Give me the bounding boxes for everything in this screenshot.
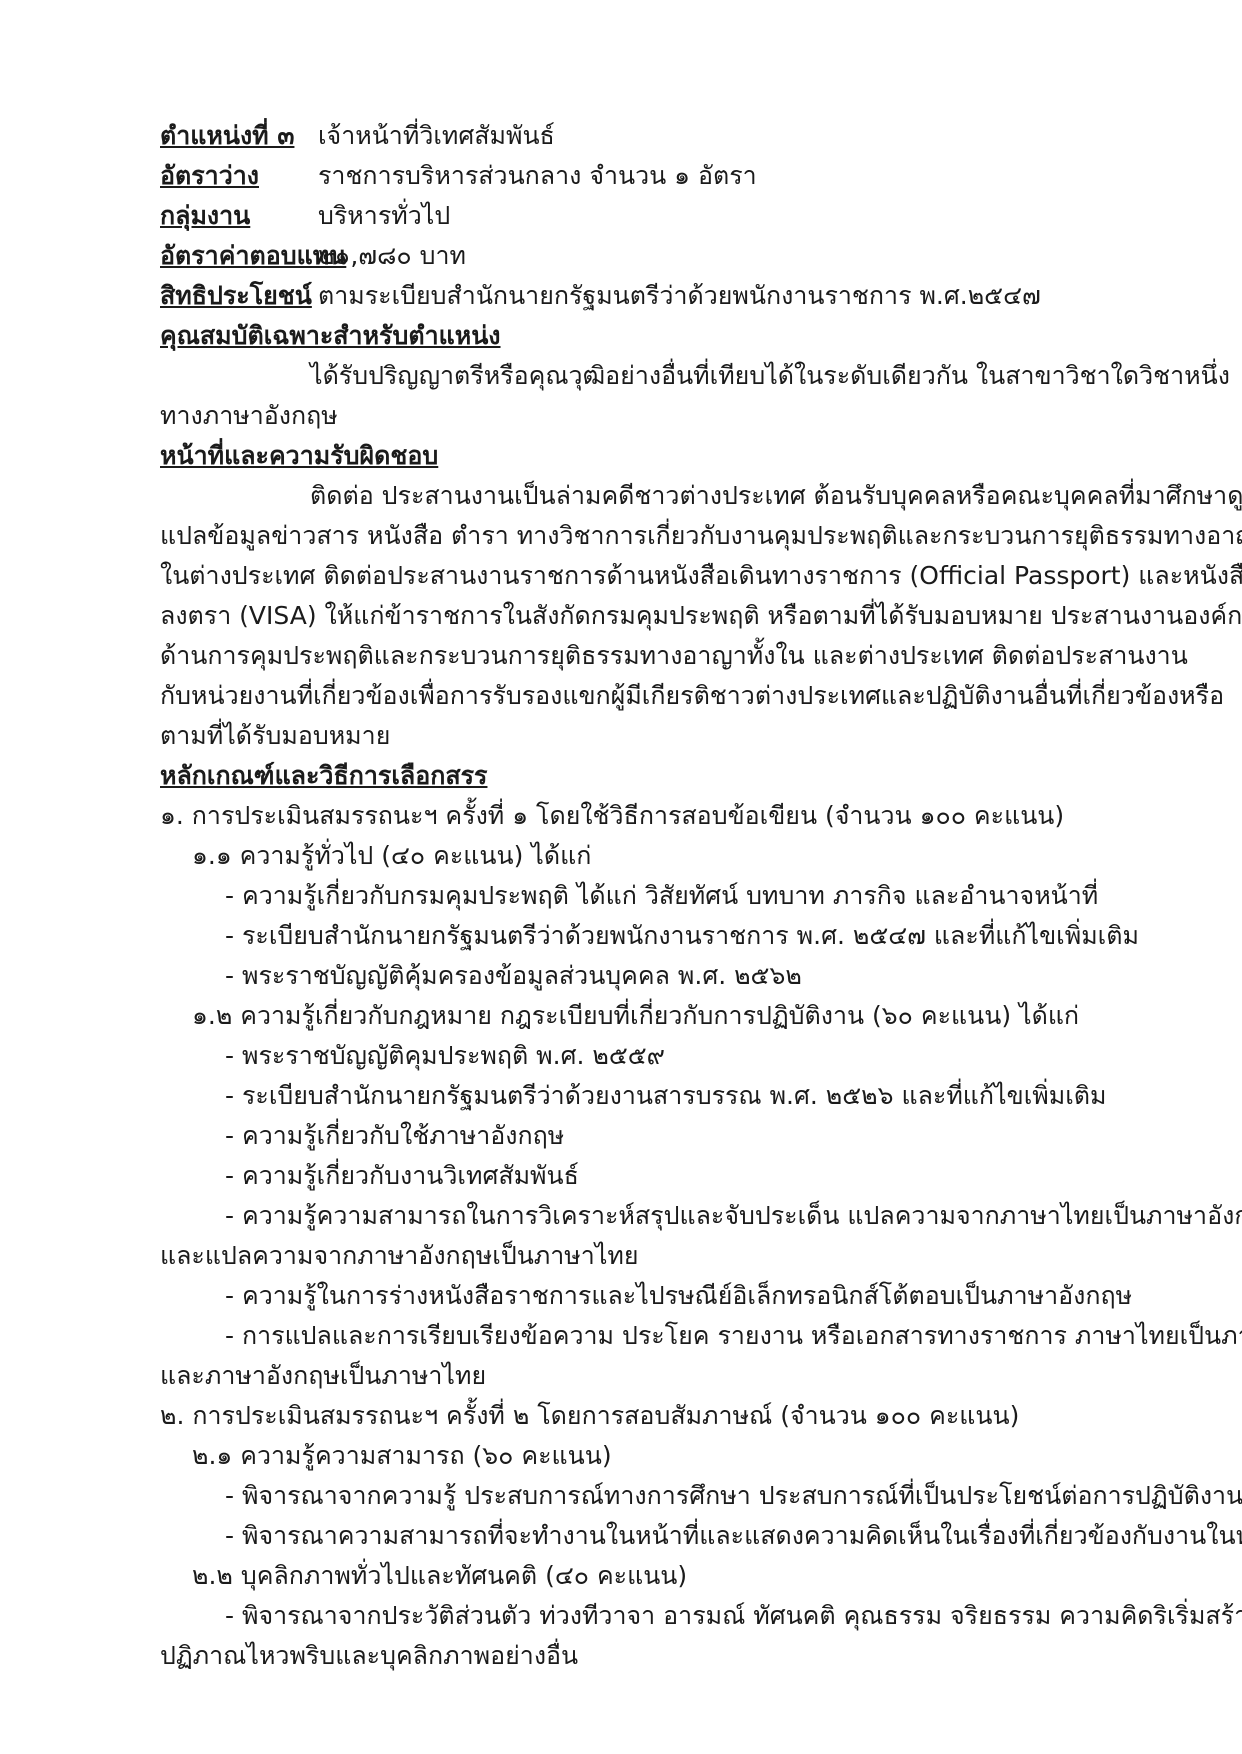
list-item: ๒.๑ ความรู้ความสามารถ (๖๐ คะแนน) [160, 1436, 1120, 1476]
list-item: ปฏิภาณไหวพริบและบุคลิกภาพอย่างอื่น [160, 1636, 1120, 1676]
list-item: - ความรู้เกี่ยวกับงานวิเทศสัมพันธ์ [160, 1156, 1120, 1196]
list-item: และแปลความจากภาษาอังกฤษเป็นภาษาไทย [160, 1236, 1120, 1276]
list-item: ๑. การประเมินสมรรถนะฯ ครั้งที่ ๑ โดยใช้ว… [160, 796, 1120, 836]
list-item: - พระราชบัญญัติคุ้มครองข้อมูลส่วนบุคคล พ… [160, 956, 1120, 996]
document-content: ตำแหน่งที่ ๓ เจ้าหน้าที่วิเทศสัมพันธ์ อั… [160, 116, 1120, 1676]
section-heading-duties: หน้าที่และความรับผิดชอบ [160, 436, 1120, 476]
text-line: ลงตรา (VISA) ให้แก่ข้าราชการในสังกัดกรมค… [160, 596, 1120, 636]
section-heading-qualifications: คุณสมบัติเฉพาะสำหรับตำแหน่ง [160, 316, 1120, 356]
list-item: - พระราชบัญญัติคุมประพฤติ พ.ศ. ๒๕๕๙ [160, 1036, 1120, 1076]
text-line: ตามที่ได้รับมอบหมาย [160, 716, 1120, 756]
field-row-position: ตำแหน่งที่ ๓ เจ้าหน้าที่วิเทศสัมพันธ์ [160, 116, 1120, 156]
list-item: ๒. การประเมินสมรรถนะฯ ครั้งที่ ๒ โดยการส… [160, 1396, 1120, 1436]
field-label-benefits: สิทธิประโยชน์ [160, 276, 318, 316]
text-line: ด้านการคุมประพฤติและกระบวนการยุติธรรมทาง… [160, 636, 1120, 676]
list-item: ๑.๒ ความรู้เกี่ยวกับกฎหมาย กฎระเบียบที่เ… [160, 996, 1120, 1036]
list-item: ๒.๒ บุคลิกภาพทั่วไปและทัศนคติ (๔๐ คะแนน) [160, 1556, 1120, 1596]
text-line: แปลข้อมูลข่าวสาร หนังสือ ตำรา ทางวิชาการ… [160, 516, 1120, 556]
field-label-position: ตำแหน่งที่ ๓ [160, 116, 318, 156]
list-item: ๑.๑ ความรู้ทั่วไป (๔๐ คะแนน) ได้แก่ [160, 836, 1120, 876]
field-label-workgroup: กลุ่มงาน [160, 196, 318, 236]
list-item: - พิจารณาความสามารถที่จะทำงานในหน้าที่แล… [160, 1516, 1120, 1556]
field-row-salary: อัตราค่าตอบแทน ๒๑,๗๘๐ บาท [160, 236, 1120, 276]
text-line: ติดต่อ ประสานงานเป็นล่ามคดีชาวต่างประเทศ… [160, 476, 1120, 516]
list-item: - ระเบียบสำนักนายกรัฐมนตรีว่าด้วยพนักงาน… [160, 916, 1120, 956]
field-value-salary: ๒๑,๗๘๐ บาท [318, 236, 1120, 276]
field-row-workgroup: กลุ่มงาน บริหารทั่วไป [160, 196, 1120, 236]
list-item: - พิจารณาจากประวัติส่วนตัว ท่วงทีวาจา อา… [160, 1596, 1120, 1636]
text-line: ในต่างประเทศ ติดต่อประสานงานราชการด้านหน… [160, 556, 1120, 596]
text-line: ได้รับปริญญาตรีหรือคุณวุฒิอย่างอื่นที่เท… [160, 356, 1120, 396]
list-item: - ระเบียบสำนักนายกรัฐมนตรีว่าด้วยงานสารบ… [160, 1076, 1120, 1116]
list-item: - ความรู้เกี่ยวกับใช้ภาษาอังกฤษ [160, 1116, 1120, 1156]
field-row-benefits: สิทธิประโยชน์ ตามระเบียบสำนักนายกรัฐมนตร… [160, 276, 1120, 316]
list-item: - ความรู้ในการร่างหนังสือราชการและไปรษณี… [160, 1276, 1120, 1316]
text-line: ทางภาษาอังกฤษ [160, 396, 1120, 436]
list-item: - ความรู้ความสามารถในการวิเคราะห์สรุปและ… [160, 1196, 1120, 1236]
field-value-position: เจ้าหน้าที่วิเทศสัมพันธ์ [318, 116, 1120, 156]
section-heading-selection: หลักเกณฑ์และวิธีการเลือกสรร [160, 756, 1120, 796]
text-line: กับหน่วยงานที่เกี่ยวข้องเพื่อการรับรองแข… [160, 676, 1120, 716]
field-value-workgroup: บริหารทั่วไป [318, 196, 1120, 236]
list-item: - พิจารณาจากความรู้ ประสบการณ์ทางการศึกษ… [160, 1476, 1120, 1516]
field-value-benefits: ตามระเบียบสำนักนายกรัฐมนตรีว่าด้วยพนักงา… [318, 276, 1120, 316]
field-row-vacancy: อัตราว่าง ราชการบริหารส่วนกลาง จำนวน ๑ อ… [160, 156, 1120, 196]
list-item: และภาษาอังกฤษเป็นภาษาไทย [160, 1356, 1120, 1396]
scanned-document-page: ตำแหน่งที่ ๓ เจ้าหน้าที่วิเทศสัมพันธ์ อั… [0, 0, 1242, 1754]
list-item: - การแปลและการเรียบเรียงข้อความ ประโยค ร… [160, 1316, 1120, 1356]
field-value-vacancy: ราชการบริหารส่วนกลาง จำนวน ๑ อัตรา [318, 156, 1120, 196]
list-item: - ความรู้เกี่ยวกับกรมคุมประพฤติ ได้แก่ ว… [160, 876, 1120, 916]
field-label-salary: อัตราค่าตอบแทน [160, 236, 318, 276]
field-label-vacancy: อัตราว่าง [160, 156, 318, 196]
